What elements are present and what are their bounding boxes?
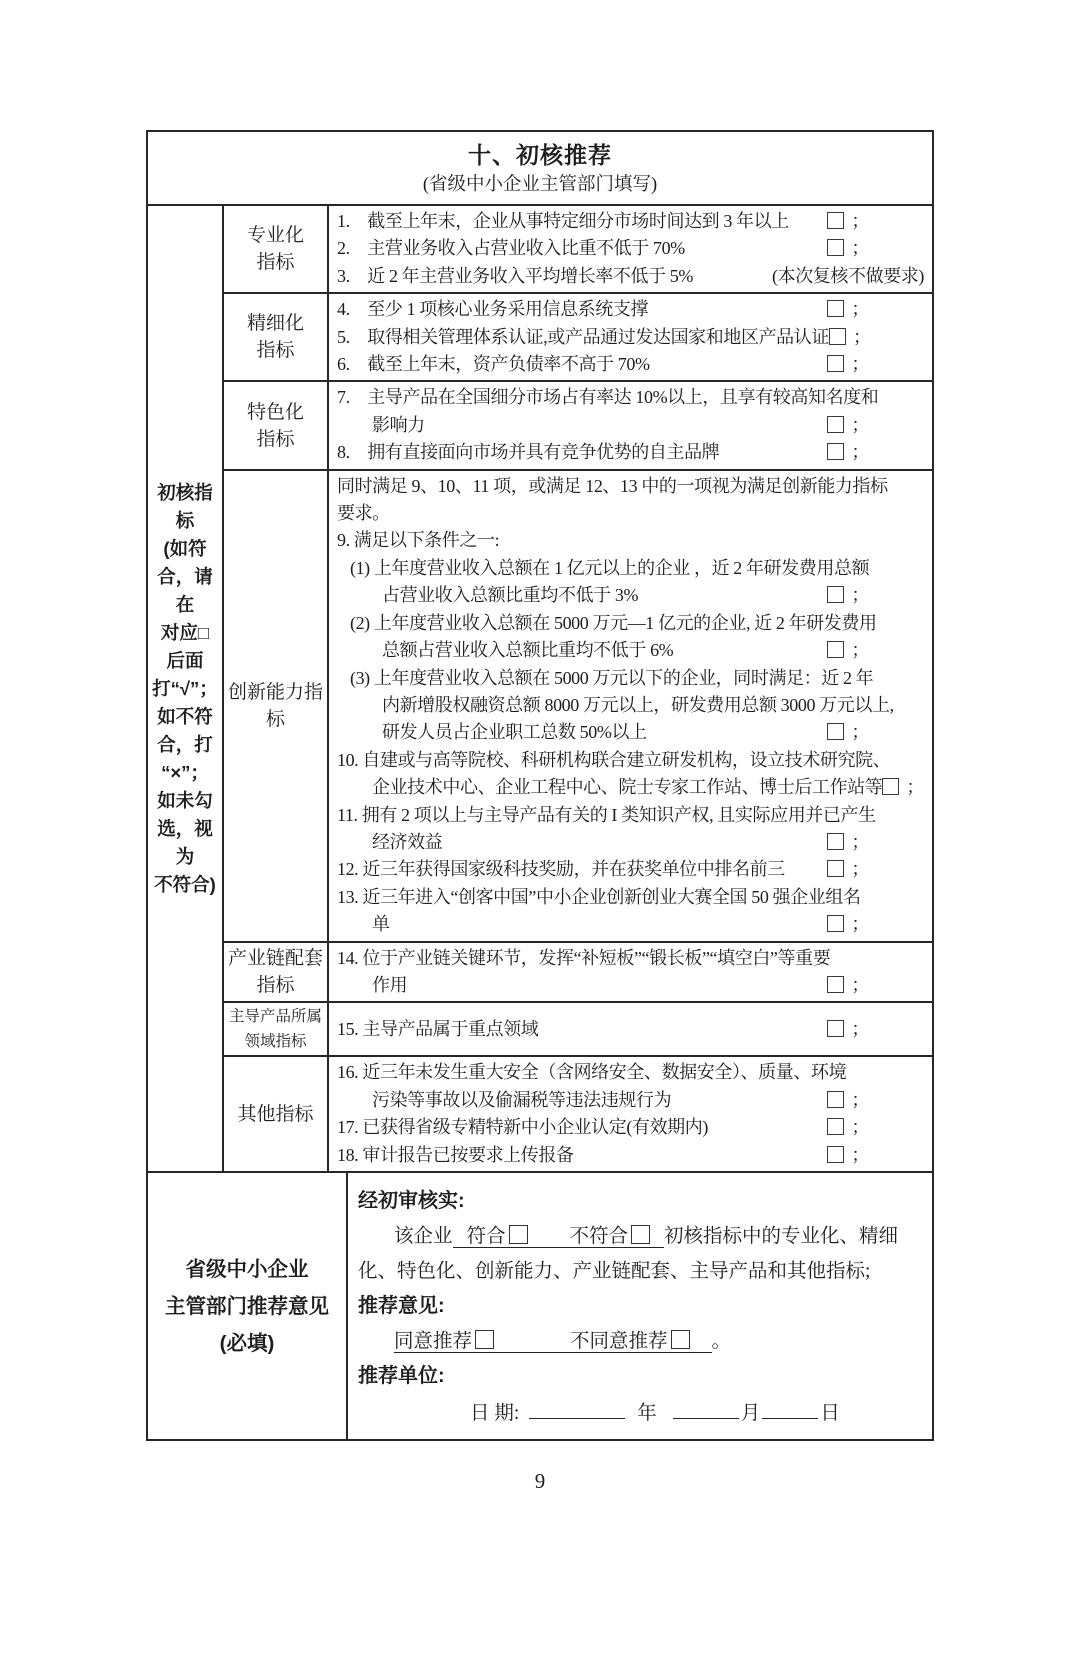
checkbox-group: ； — [827, 1114, 869, 1141]
indicator-line: 研发人员占企业职工总数 50%以上； — [337, 719, 924, 746]
checkbox-item-9-1[interactable] — [827, 586, 844, 603]
indicator-line: (3) 上年度营业收入总额在 5000 万元以下的企业，同时满足：近 2 年 — [337, 665, 924, 692]
indicator-line: 要求。 — [337, 500, 924, 527]
category-label-distinctiveness: 特色化指标 — [224, 382, 329, 468]
indicator-text: 占营业收入总额比重均不低于 3% — [382, 582, 638, 609]
checkbox-item-4[interactable] — [827, 300, 844, 317]
indicator-line: 9. 满足以下条件之一: — [337, 527, 924, 554]
recommendation-content-cell: 经初审核实: 该企业符合不符合初核指标中的专业化、精细 化、特色化、创新能力、产… — [348, 1173, 932, 1439]
side-note-line: 合，请在 — [148, 563, 222, 619]
indicator-text: 研发人员占企业职工总数 50%以上 — [382, 719, 647, 746]
indicator-text: 14. 位于产业链关键环节，发挥“补短板”“锻长板”“填空白”等重要 — [337, 945, 830, 972]
gap — [650, 1241, 664, 1242]
checkbox-item-5[interactable] — [829, 328, 846, 345]
category-label-industry-chain: 产业链配套指标 — [224, 943, 329, 1002]
section-row-innovation: 创新能力指标同时满足 9、10、11 项，或满足 12、13 中的一项视为满足创… — [224, 471, 932, 943]
checkbox-item-9-3[interactable] — [827, 723, 844, 740]
checkbox-suffix: ； — [851, 640, 869, 660]
checkbox-conform[interactable] — [509, 1225, 528, 1244]
recommendation-label-cell: 省级中小企业主管部门推荐意见(必填) — [148, 1173, 348, 1439]
indicator-text: 5. 取得相关管理体系认证,或产品通过发达国家和地区产品认证 — [337, 324, 829, 351]
side-note-line: 对应□ — [148, 619, 222, 647]
indicator-rows: 专业化指标1. 截至上年末，企业从事特定细分市场时间达到 3 年以上；2. 主营… — [224, 206, 932, 1171]
indicator-line: 单； — [337, 911, 924, 938]
indicator-line: 15. 主导产品属于重点领域； — [337, 1016, 924, 1043]
indicator-text: 15. 主导产品属于重点领域 — [337, 1016, 538, 1043]
date-line: 日 期:年月日 — [358, 1394, 918, 1431]
checkbox-group: ； — [882, 774, 924, 801]
checkbox-group: ； — [827, 911, 869, 938]
category-label-line: 指标 — [256, 426, 294, 453]
indicator-line: 企业技术中心、企业工程中心、院士专家工作站、博士后工作站等； — [337, 774, 924, 801]
checkbox-group: ； — [827, 1142, 869, 1169]
note-no-requirement: (本次复核不做要求) — [772, 263, 924, 290]
indicator-text: 16. 近三年未发生重大安全（含网络安全、数据安全）、质量、环境 — [337, 1059, 846, 1086]
category-label-refinement: 精细化指标 — [224, 294, 329, 380]
checkbox-item-10[interactable] — [882, 778, 899, 795]
category-label-line: 专业化 — [247, 222, 304, 249]
indicator-text: 单 — [372, 911, 390, 938]
form-subtitle: (省级中小企业主管部门填写) — [148, 171, 932, 199]
checkbox-suffix: ； — [851, 914, 869, 934]
checkbox-suffix: ； — [851, 859, 869, 879]
disagree-label: 不同意推荐 — [570, 1331, 668, 1352]
checkbox-group: ； — [827, 296, 869, 323]
side-note-line: 打“√”； — [148, 675, 222, 703]
checkbox-group: ； — [827, 351, 869, 378]
indicator-line: 8. 拥有直接面向市场并具有竞争优势的自主品牌； — [337, 439, 924, 466]
indicator-line: 影响力； — [337, 412, 924, 439]
indicator-text: 10. 自建或与高等院校、科研机构联合建立研发机构，设立技术研究院、 — [337, 747, 890, 774]
items-cell-other: 16. 近三年未发生重大安全（含网络安全、数据安全）、质量、环境污染等事故以及偷… — [329, 1057, 932, 1171]
date-label: 日 期: — [470, 1403, 519, 1424]
recommendation-section: 省级中小企业主管部门推荐意见(必填) 经初审核实: 该企业符合不符合初核指标中的… — [148, 1171, 932, 1439]
indicator-text: 12. 近三年获得国家级科技奖励，并在获奖单位中排名前三 — [337, 856, 785, 883]
checkbox-item-13[interactable] — [827, 915, 844, 932]
form-title-block: 十、初核推荐 (省级中小企业主管部门填写) — [148, 132, 932, 206]
items-cell-refinement: 4. 至少 1 项核心业务采用信息系统支撑；5. 取得相关管理体系认证,或产品通… — [329, 294, 932, 380]
category-label-line: 领域指标 — [244, 1029, 306, 1054]
indicator-line: 污染等事故以及偷漏税等违法违规行为； — [337, 1087, 924, 1114]
date-year-blank[interactable] — [529, 1394, 625, 1419]
checkbox-suffix: ； — [906, 777, 924, 797]
indicator-line: (1) 上年度营业收入总额在 1 亿元以上的企业 ，近 2 年研发费用总额 — [337, 555, 924, 582]
side-note-line: 如不符 — [148, 703, 222, 731]
checkbox-group: ； — [827, 637, 869, 664]
items-cell-distinctiveness: 7. 主导产品在全国细分市场占有率达 10%以上，且享有较高知名度和影响力；8.… — [329, 382, 932, 468]
verify-choice-group: 符合不符合 — [453, 1226, 665, 1248]
indicator-line: 6. 截至上年末，资产负债率不高于 70%； — [337, 351, 924, 378]
side-note: 初核指标(如符合，请在对应□后面打“√”；如不符合，打“×”；如未勾选，视为不符… — [148, 479, 222, 899]
indicator-text: 4. 至少 1 项核心业务采用信息系统支撑 — [337, 296, 648, 323]
date-month-blank[interactable] — [673, 1394, 739, 1419]
checkbox-suffix: ； — [851, 722, 869, 742]
items-cell-innovation: 同时满足 9、10、11 项，或满足 12、13 中的一项视为满足创新能力指标要… — [329, 471, 932, 941]
recommendation-label-line: 省级中小企业 — [186, 1251, 309, 1288]
checkbox-suffix: ； — [851, 211, 869, 231]
indicator-text: 企业技术中心、企业工程中心、院士专家工作站、博士后工作站等 — [372, 774, 882, 801]
indicator-line: 10. 自建或与高等院校、科研机构联合建立研发机构，设立技术研究院、 — [337, 747, 924, 774]
indicator-line: 16. 近三年未发生重大安全（含网络安全、数据安全）、质量、环境 — [337, 1059, 924, 1086]
gap — [494, 1346, 570, 1347]
side-note-line: 合，打 — [148, 731, 222, 759]
items-cell-specialization: 1. 截至上年末，企业从事特定细分市场时间达到 3 年以上；2. 主营业务收入占… — [329, 206, 932, 292]
verify-pre: 该企业 — [394, 1226, 453, 1247]
indicator-text: 作用 — [372, 972, 407, 999]
indicator-line: 18. 审计报告已按要求上传报备； — [337, 1142, 924, 1169]
checkbox-group: ； — [827, 439, 869, 466]
indicator-text: 11. 拥有 2 项以上与主导产品有关的 I 类知识产权, 且实际应用并已产生 — [337, 802, 876, 829]
checkbox-suffix: ； — [851, 1117, 869, 1137]
category-label-key-field: 主导产品所属领域指标 — [224, 1003, 329, 1055]
checkbox-group: ； — [827, 829, 869, 856]
category-label-specialization: 专业化指标 — [224, 206, 329, 292]
checkbox-agree[interactable] — [475, 1330, 494, 1349]
category-label-other: 其他指标 — [224, 1057, 329, 1171]
category-label-line: 主导产品所属 — [229, 1004, 322, 1029]
side-note-line: 后面 — [148, 647, 222, 675]
date-day-blank[interactable] — [762, 1394, 818, 1419]
indicator-text: 要求。 — [337, 500, 390, 527]
section-row-specialization: 专业化指标1. 截至上年末，企业从事特定细分市场时间达到 3 年以上；2. 主营… — [224, 206, 932, 294]
checkbox-item-18[interactable] — [827, 1146, 844, 1163]
checkbox-group: ； — [827, 719, 869, 746]
checkbox-suffix: ； — [851, 1145, 869, 1165]
date-day-label: 日 — [820, 1403, 840, 1424]
indicator-text: 18. 审计报告已按要求上传报备 — [337, 1142, 574, 1169]
gap — [528, 1241, 570, 1242]
category-label-line: 指标 — [256, 249, 294, 276]
checkbox-group: ； — [827, 856, 869, 883]
form-title: 十、初核推荐 — [148, 139, 932, 171]
checkbox-disagree[interactable] — [671, 1330, 690, 1349]
indicator-line: 经济效益； — [337, 829, 924, 856]
checkbox-group: ； — [827, 972, 869, 999]
checkbox-item-15[interactable] — [827, 1020, 844, 1037]
indicator-text: 1. 截至上年末，企业从事特定细分市场时间达到 3 年以上 — [337, 208, 789, 235]
checkbox-item-14[interactable] — [827, 976, 844, 993]
review-form-table: 十、初核推荐 (省级中小企业主管部门填写) 初核指标(如符合，请在对应□后面打“… — [146, 130, 934, 1441]
checkbox-suffix: ； — [851, 975, 869, 995]
indicator-line: 占营业收入总额比重均不低于 3%； — [337, 582, 924, 609]
nonconform-label: 不符合 — [570, 1226, 629, 1247]
indicator-table: 初核指标(如符合，请在对应□后面打“√”；如不符合，打“×”；如未勾选，视为不符… — [148, 206, 932, 1171]
checkbox-item-12[interactable] — [827, 860, 844, 877]
opinion-choice-group: 同意推荐不同意推荐 — [394, 1331, 712, 1353]
indicator-text: (1) 上年度营业收入总额在 1 亿元以上的企业 ，近 2 年研发费用总额 — [350, 555, 869, 582]
side-note-line: 不符合) — [148, 871, 222, 899]
section-row-industry-chain: 产业链配套指标14. 位于产业链关键环节，发挥“补短板”“锻长板”“填空白”等重… — [224, 943, 932, 1004]
checkbox-group: ； — [829, 324, 871, 351]
checkbox-item-1[interactable] — [827, 212, 844, 229]
indicator-line: 3. 近 2 年主营业务收入平均增长率不低于 5%(本次复核不做要求) — [337, 263, 924, 290]
category-label-innovation: 创新能力指标 — [224, 471, 329, 941]
indicator-line: 11. 拥有 2 项以上与主导产品有关的 I 类知识产权, 且实际应用并已产生 — [337, 802, 924, 829]
checkbox-suffix: ； — [851, 299, 869, 319]
side-note-line: 选，视为 — [148, 815, 222, 871]
category-label-line: 精细化 — [247, 310, 304, 337]
checkbox-item-2[interactable] — [827, 239, 844, 256]
checkbox-item-9-2[interactable] — [827, 641, 844, 658]
checkbox-nonconform[interactable] — [631, 1225, 650, 1244]
recommendation-label-line: 主管部门推荐意见 — [165, 1288, 329, 1325]
checkbox-group: ； — [827, 412, 869, 439]
category-label-line: 指标 — [256, 972, 294, 999]
indicator-line: 12. 近三年获得国家级科技奖励，并在获奖单位中排名前三； — [337, 856, 924, 883]
checkbox-suffix: ； — [851, 354, 869, 374]
indicator-line: 1. 截至上年末，企业从事特定细分市场时间达到 3 年以上； — [337, 208, 924, 235]
checkbox-suffix: ； — [851, 1019, 869, 1039]
gap — [453, 1241, 467, 1242]
side-note-cell: 初核指标(如符合，请在对应□后面打“√”；如不符合，打“×”；如未勾选，视为不符… — [148, 206, 224, 1171]
indicator-line: 7. 主导产品在全国细分市场占有率达 10%以上，且享有较高知名度和 — [337, 384, 924, 411]
indicator-text: 同时满足 9、10、11 项，或满足 12、13 中的一项视为满足创新能力指标 — [337, 473, 888, 500]
section-row-distinctiveness: 特色化指标7. 主导产品在全国细分市场占有率达 10%以上，且享有较高知名度和影… — [224, 382, 932, 470]
indicator-text: 8. 拥有直接面向市场并具有竞争优势的自主品牌 — [337, 439, 719, 466]
indicator-line: 14. 位于产业链关键环节，发挥“补短板”“锻长板”“填空白”等重要 — [337, 945, 924, 972]
indicator-text: 17. 已获得省级专精特新中小企业认定(有效期内) — [337, 1114, 708, 1141]
side-note-line: “×”； — [148, 759, 222, 787]
section-row-other: 其他指标16. 近三年未发生重大安全（含网络安全、数据安全）、质量、环境污染等事… — [224, 1057, 932, 1171]
category-label-line: 特色化 — [247, 399, 304, 426]
conform-label: 符合 — [467, 1226, 506, 1247]
date-month-label: 月 — [741, 1403, 761, 1424]
period-mark: 。 — [712, 1331, 732, 1352]
checkbox-suffix: ； — [851, 238, 869, 258]
verify-post: 初核指标中的专业化、精细 — [664, 1226, 898, 1247]
indicator-text: 污染等事故以及偷漏税等违法违规行为 — [372, 1087, 671, 1114]
indicator-line: 4. 至少 1 项核心业务采用信息系统支撑； — [337, 296, 924, 323]
indicator-text: (2) 上年度营业收入总额在 5000 万元—1 亿元的企业, 近 2 年研发费… — [350, 610, 877, 637]
checkbox-group: ； — [827, 235, 869, 262]
category-label-line: 产业链配套 — [228, 945, 323, 972]
checkbox-suffix: ； — [851, 585, 869, 605]
indicator-text: 7. 主导产品在全国细分市场占有率达 10%以上，且享有较高知名度和 — [337, 384, 878, 411]
indicator-text: 总额占营业收入总额比重均不低于 6% — [382, 637, 673, 664]
indicator-text: (3) 上年度营业收入总额在 5000 万元以下的企业，同时满足：近 2 年 — [350, 665, 873, 692]
indicator-line: 13. 近三年进入“创客中国”中小企业创新创业大赛全国 50 强企业组名 — [337, 884, 924, 911]
items-cell-key-field: 15. 主导产品属于重点领域； — [329, 1003, 932, 1055]
category-label-line: 指标 — [256, 337, 294, 364]
indicator-text: 内新增股权融资总额 8000 万元以上，研发费用总额 3000 万元以上, — [382, 692, 894, 719]
unit-heading: 推荐单位: — [358, 1359, 918, 1394]
checkbox-item-6[interactable] — [827, 355, 844, 372]
category-label-line: 创新能力指 — [228, 679, 323, 706]
items-cell-industry-chain: 14. 位于产业链关键环节，发挥“补短板”“锻长板”“填空白”等重要作用； — [329, 943, 932, 1002]
category-label-line: 标 — [266, 706, 285, 733]
opinion-heading: 推荐意见: — [358, 1289, 918, 1324]
section-row-key-field: 主导产品所属领域指标15. 主导产品属于重点领域； — [224, 1003, 932, 1057]
checkbox-group: ； — [827, 582, 869, 609]
page-number: 9 — [0, 1469, 1080, 1494]
checkbox-item-11[interactable] — [827, 833, 844, 850]
opinion-line: 同意推荐不同意推荐。 — [358, 1324, 918, 1359]
side-note-line: (如符 — [148, 535, 222, 563]
checkbox-suffix: ； — [851, 832, 869, 852]
indicator-text: 6. 截至上年末，资产负债率不高于 70% — [337, 351, 650, 378]
checkbox-suffix: ； — [853, 327, 871, 347]
indicator-text: 2. 主营业务收入占营业收入比重不低于 70% — [337, 235, 685, 262]
indicator-line: 17. 已获得省级专精特新中小企业认定(有效期内)； — [337, 1114, 924, 1141]
checkbox-group: ； — [827, 208, 869, 235]
gap — [690, 1346, 712, 1347]
side-note-line: 如未勾 — [148, 787, 222, 815]
checkbox-suffix: ； — [851, 415, 869, 435]
checkbox-item-7[interactable] — [827, 416, 844, 433]
indicator-line: 2. 主营业务收入占营业收入比重不低于 70%； — [337, 235, 924, 262]
verify-line-2: 化、特色化、创新能力、产业链配套、主导产品和其他指标; — [358, 1254, 918, 1289]
indicator-line: (2) 上年度营业收入总额在 5000 万元—1 亿元的企业, 近 2 年研发费… — [337, 610, 924, 637]
recommendation-label-line: (必填) — [220, 1325, 275, 1362]
indicator-line: 作用； — [337, 972, 924, 999]
agree-label: 同意推荐 — [394, 1331, 472, 1352]
date-year-label: 年 — [637, 1403, 657, 1424]
verify-heading: 经初审核实: — [358, 1184, 918, 1219]
checkbox-item-17[interactable] — [827, 1118, 844, 1135]
indicator-line: 内新增股权融资总额 8000 万元以上，研发费用总额 3000 万元以上, — [337, 692, 924, 719]
side-note-line: 初核指标 — [148, 479, 222, 535]
indicator-line: 同时满足 9、10、11 项，或满足 12、13 中的一项视为满足创新能力指标 — [337, 473, 924, 500]
indicator-text: 3. 近 2 年主营业务收入平均增长率不低于 5% — [337, 263, 693, 290]
checkbox-item-16[interactable] — [827, 1091, 844, 1108]
section-row-refinement: 精细化指标4. 至少 1 项核心业务采用信息系统支撑；5. 取得相关管理体系认证… — [224, 294, 932, 382]
checkbox-item-8[interactable] — [827, 443, 844, 460]
checkbox-suffix: ； — [851, 1090, 869, 1110]
indicator-text: 影响力 — [372, 412, 425, 439]
indicator-text: 9. 满足以下条件之一: — [337, 527, 499, 554]
indicator-text: 经济效益 — [372, 829, 442, 856]
verify-line: 该企业符合不符合初核指标中的专业化、精细 — [358, 1219, 918, 1254]
indicator-line: 总额占营业收入总额比重均不低于 6%； — [337, 637, 924, 664]
checkbox-suffix: ； — [851, 442, 869, 462]
indicator-line: 5. 取得相关管理体系认证,或产品通过发达国家和地区产品认证； — [337, 324, 924, 351]
checkbox-group: ； — [827, 1087, 869, 1114]
category-label-line: 其他指标 — [237, 1101, 313, 1128]
checkbox-group: ； — [827, 1016, 869, 1043]
indicator-text: 13. 近三年进入“创客中国”中小企业创新创业大赛全国 50 强企业组名 — [337, 884, 861, 911]
